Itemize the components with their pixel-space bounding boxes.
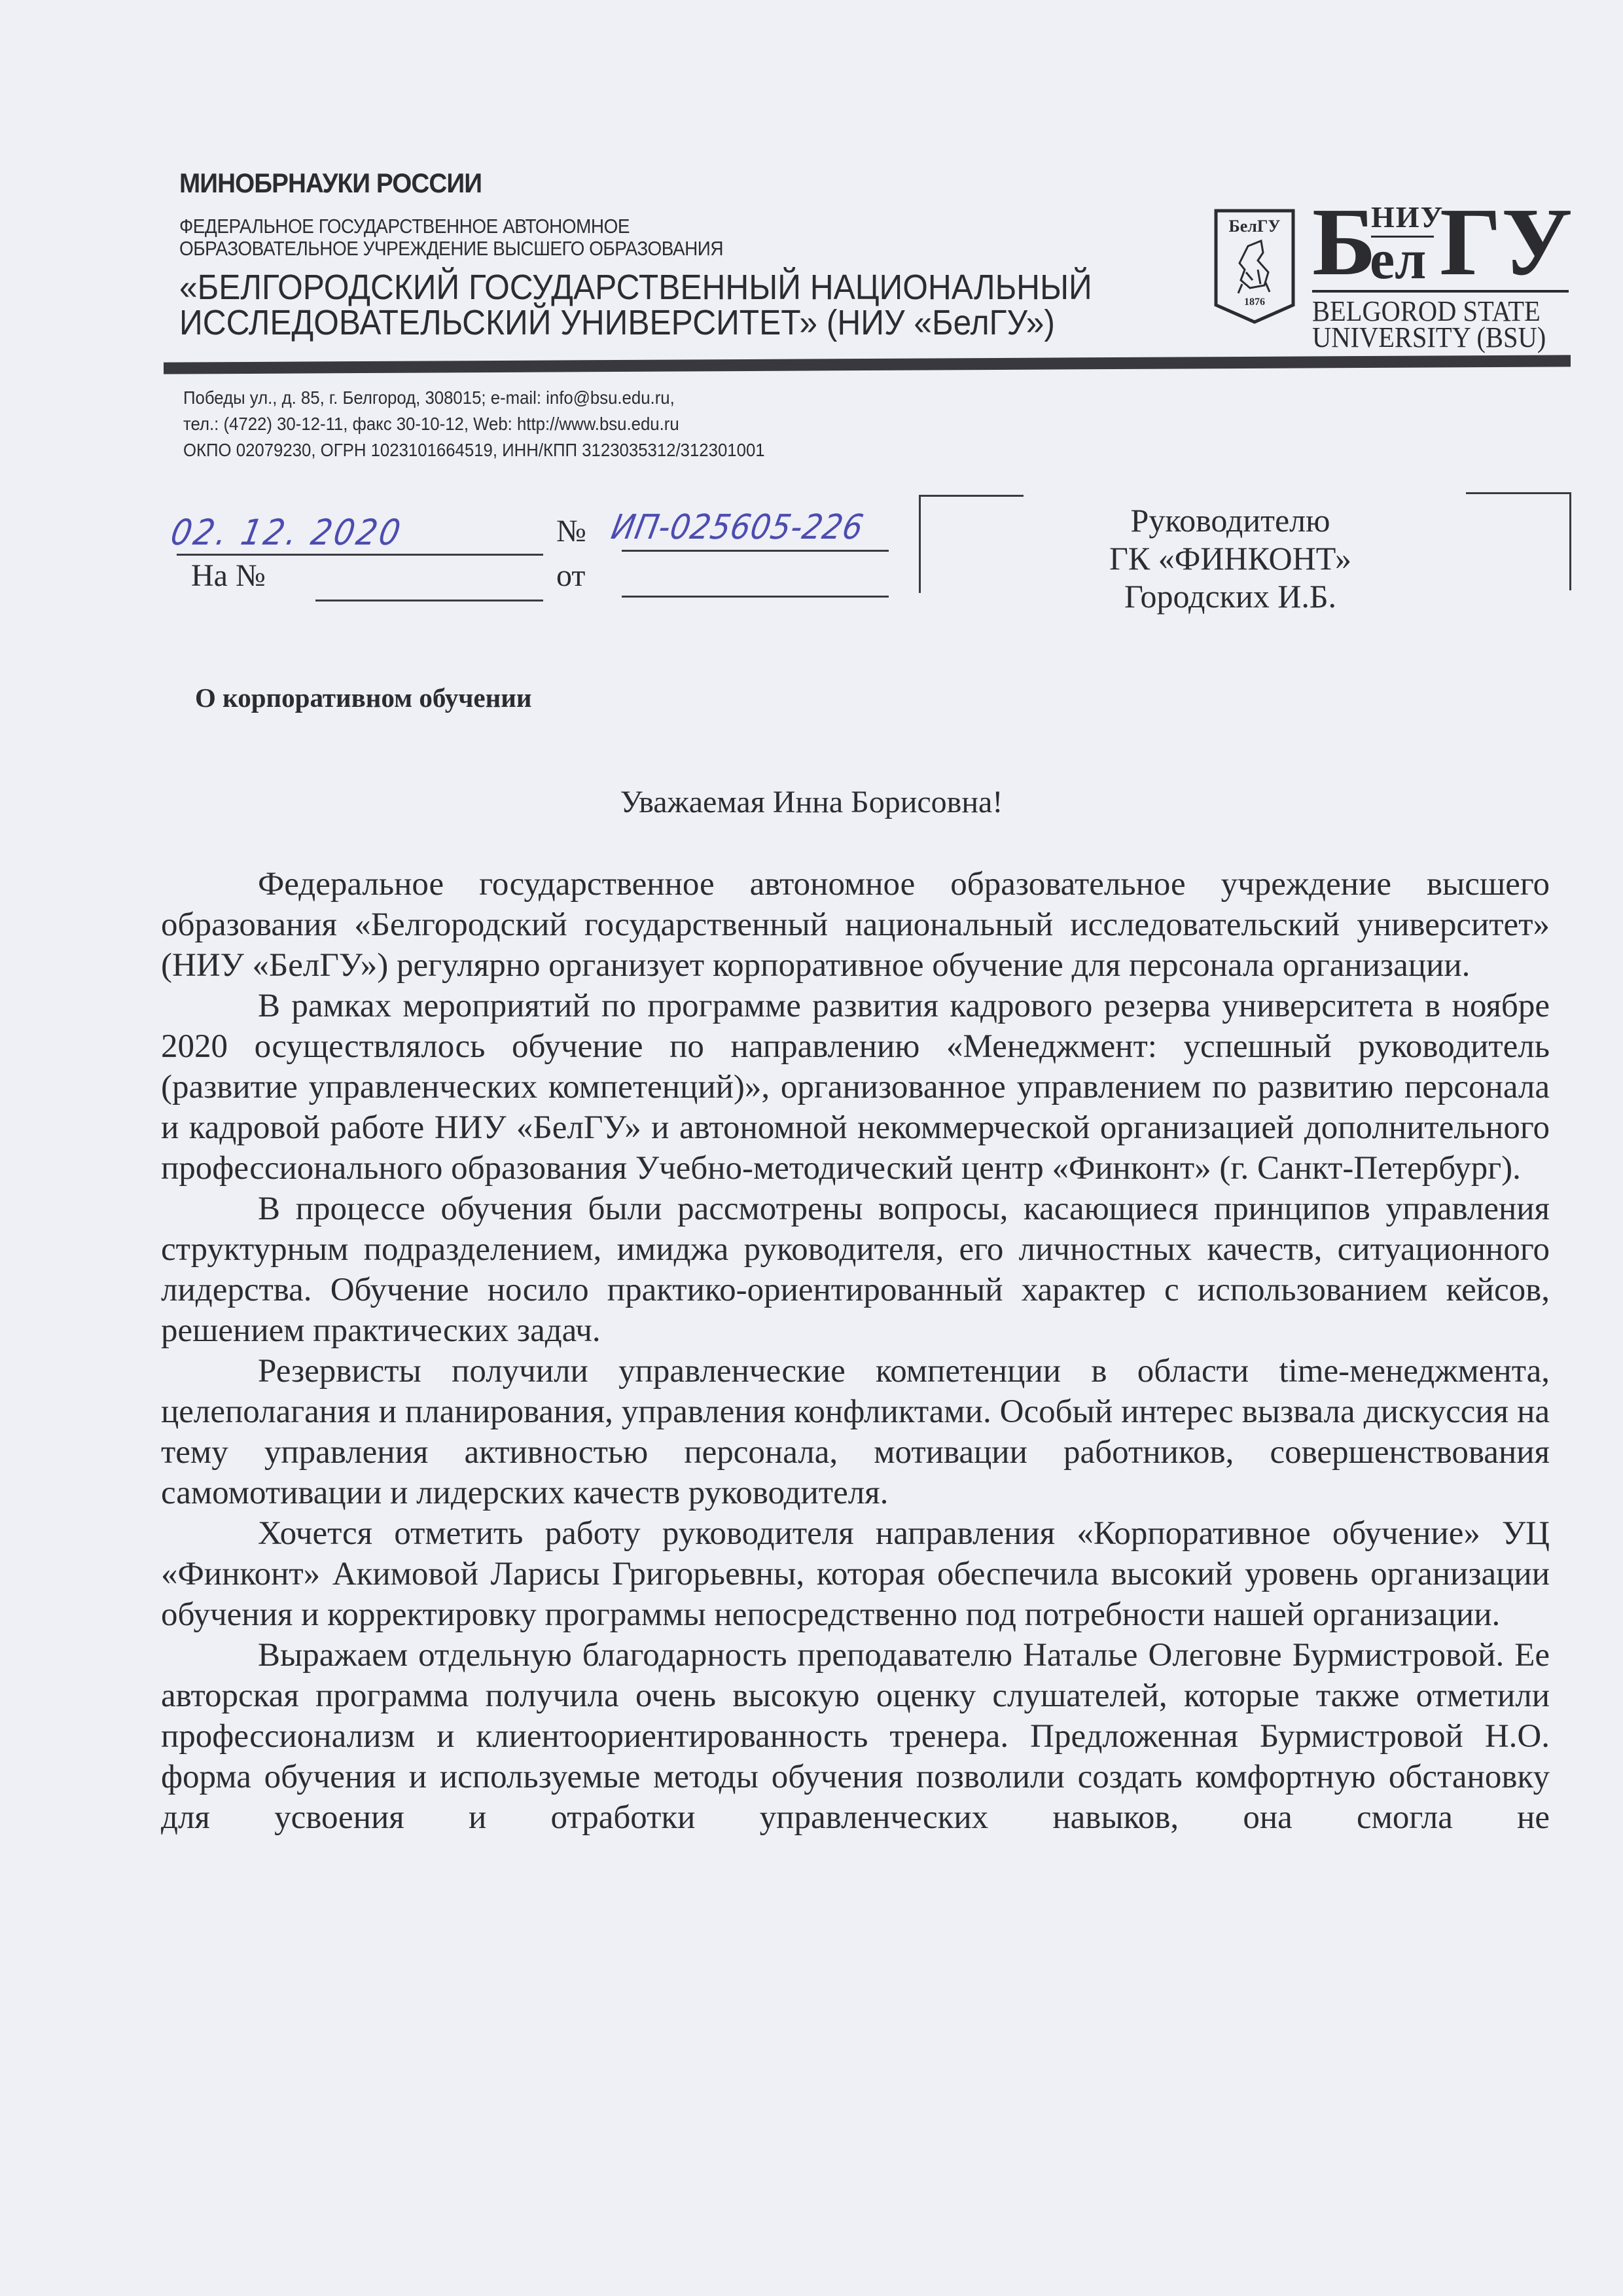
institution-type-line-2: ОБРАЗОВАТЕЛЬНОЕ УЧРЕЖДЕНИЕ ВЫСШЕГО ОБРАЗ… — [179, 237, 723, 260]
reply-to-number-underline — [315, 600, 543, 601]
university-name-line-2: ИССЛЕДОВАТЕЛЬСКИЙ УНИВЕРСИТЕТ» (НИУ «Бел… — [179, 302, 1055, 343]
addressee-corner-left-top — [919, 495, 1024, 497]
addressee-corner-right-side — [1569, 492, 1571, 590]
reply-to-date-underline — [622, 596, 889, 598]
university-name-line-1: «БЕЛГОРОДСКИЙ ГОСУДАРСТВЕННЫЙ НАЦИОНАЛЬН… — [179, 267, 1092, 308]
outgoing-date: 02. 12. 2020 — [168, 512, 406, 553]
body-paragraph: Федеральное государственное автономное о… — [161, 864, 1550, 986]
letter-greeting: Уважаемая Инна Борисовна! — [0, 784, 1623, 820]
address-line-1: Победы ул., д. 85, г. Белгород, 308015; … — [183, 387, 675, 408]
university-crest-icon: БелГУ 1876 — [1212, 207, 1297, 325]
addressee-block: Руководителю ГК «ФИНКОНТ» Городских И.Б. — [1073, 501, 1387, 615]
svg-text:БелГУ: БелГУ — [1229, 217, 1281, 236]
letterhead-divider — [164, 355, 1571, 374]
institution-type-line-1: ФЕДЕРАЛЬНОЕ ГОСУДАРСТВЕННОЕ АВТОНОМНОЕ — [179, 215, 630, 238]
letter-body: Федеральное государственное автономное о… — [161, 864, 1550, 1838]
addressee-name: Городских И.Б. — [1073, 577, 1387, 615]
outgoing-number: ИП-025605-226 — [608, 508, 866, 547]
letter-page: МИНОБРНАУКИ РОССИИ ФЕДЕРАЛЬНОЕ ГОСУДАРСТ… — [0, 0, 1623, 2296]
reply-to-date-label: от — [556, 558, 585, 594]
body-paragraph: В процессе обучения были рассмотрены воп… — [161, 1189, 1550, 1351]
body-paragraph: Резервисты получили управленческие компе… — [161, 1351, 1550, 1513]
logo-divider — [1312, 290, 1569, 293]
date-underline — [177, 554, 543, 556]
addressee-corner-left-side — [919, 495, 921, 593]
logo-english-line-2: UNIVERSITY (BSU) — [1312, 321, 1546, 354]
body-paragraph: Выражаем отдельную благодарность препода… — [161, 1635, 1550, 1838]
addressee-corner-right-top — [1466, 492, 1571, 494]
body-paragraph: Хочется отметить работу руководителя нап… — [161, 1513, 1550, 1635]
addressee-position: Руководителю — [1073, 501, 1387, 539]
number-underline — [622, 550, 889, 552]
svg-text:1876: 1876 — [1244, 296, 1265, 308]
registry-codes-line: ОКПО 02079230, ОГРН 1023101664519, ИНН/К… — [183, 440, 765, 461]
outgoing-number-label: № — [556, 513, 586, 549]
reply-to-number-label: На № — [191, 558, 266, 594]
ministry-name: МИНОБРНАУКИ РОССИИ — [179, 168, 482, 199]
body-paragraph: В рамках мероприятий по программе развит… — [161, 986, 1550, 1189]
address-line-2: тел.: (4722) 30-12-11, факс 30-10-12, We… — [183, 414, 679, 435]
addressee-organization: ГК «ФИНКОНТ» — [1073, 539, 1387, 577]
letter-subject: О корпоративном обучении — [195, 682, 531, 713]
